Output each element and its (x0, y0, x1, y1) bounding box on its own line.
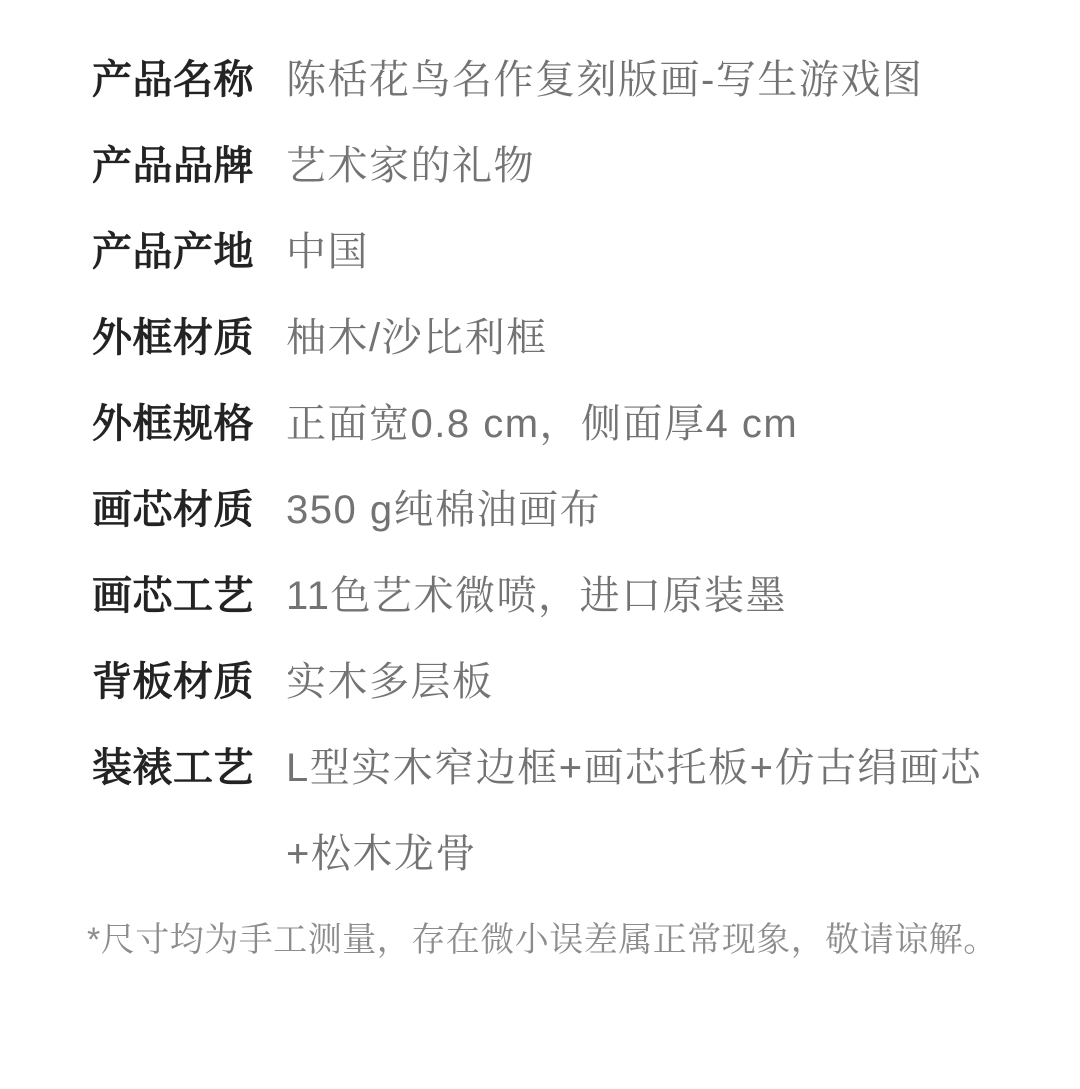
spec-value: 陈栝花鸟名作复刻版画-写生游戏图 (286, 37, 923, 123)
spec-row-3: 外框材质 柚木/沙比利框 (92, 295, 992, 381)
spec-value: 正面宽0.8 cm，侧面厚4 cm (286, 381, 798, 467)
spec-label: 外框规格 (92, 381, 255, 467)
spec-value: L型实木窄边框+画芯托板+仿古绢画芯 +松木龙骨 (286, 725, 982, 897)
spec-label: 产品产地 (92, 209, 255, 295)
spec-row-6: 画芯工艺 11色艺术微喷，进口原装墨 (92, 553, 992, 639)
spec-row-1: 产品品牌 艺术家的礼物 (92, 123, 992, 209)
spec-value: 11色艺术微喷，进口原装墨 (286, 553, 787, 639)
spec-label: 画芯材质 (92, 467, 255, 553)
product-spec-sheet: 产品名称 陈栝花鸟名作复刻版画-写生游戏图 产品品牌 艺术家的礼物 产品产地 中… (0, 0, 1080, 1089)
measurement-disclaimer: *尺寸均为手工测量，存在微小误差属正常现象，敬请谅解。 (87, 897, 992, 983)
spec-row-0: 产品名称 陈栝花鸟名作复刻版画-写生游戏图 (92, 37, 992, 123)
spec-row-4: 外框规格 正面宽0.8 cm，侧面厚4 cm (92, 381, 992, 467)
spec-value: 350 g纯棉油画布 (286, 467, 601, 553)
spec-label: 画芯工艺 (92, 553, 255, 639)
spec-value: 柚木/沙比利框 (286, 295, 548, 381)
spec-label: 外框材质 (92, 295, 255, 381)
spec-value: 实木多层板 (286, 639, 494, 725)
spec-row-8: 装裱工艺 L型实木窄边框+画芯托板+仿古绢画芯 +松木龙骨 (92, 725, 992, 897)
spec-row-2: 产品产地 中国 (92, 209, 992, 295)
spec-label: 装裱工艺 (92, 725, 255, 811)
spec-label: 背板材质 (92, 639, 255, 725)
spec-value: 艺术家的礼物 (286, 123, 535, 209)
spec-row-5: 画芯材质 350 g纯棉油画布 (92, 467, 992, 553)
spec-label: 产品品牌 (92, 123, 255, 209)
spec-table: 产品名称 陈栝花鸟名作复刻版画-写生游戏图 产品品牌 艺术家的礼物 产品产地 中… (92, 37, 992, 897)
spec-label: 产品名称 (92, 37, 255, 123)
spec-value: 中国 (286, 209, 369, 295)
spec-row-7: 背板材质 实木多层板 (92, 639, 992, 725)
